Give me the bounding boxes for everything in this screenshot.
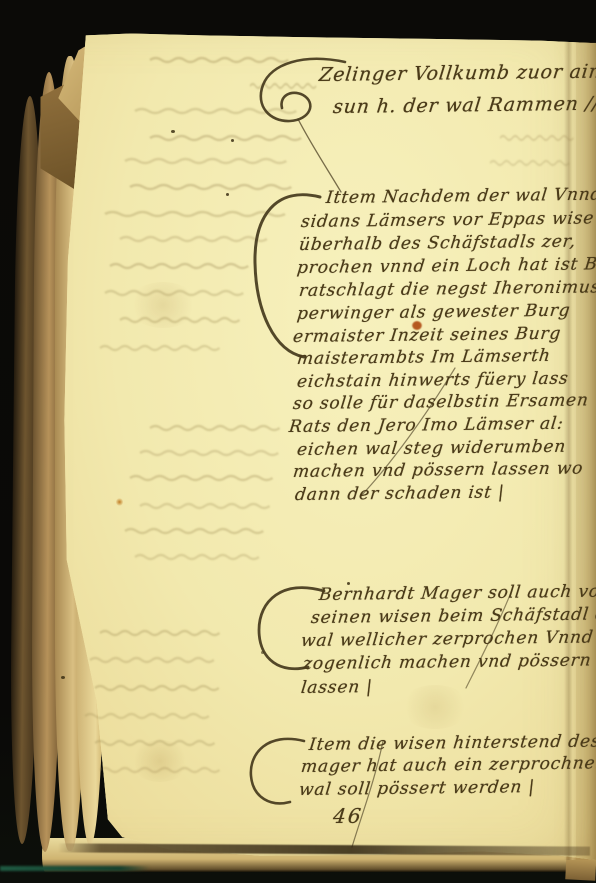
manuscript-line: wal wellicher zerprochen Vnnd bbox=[300, 627, 595, 651]
manuscript-line: Bernhardt Mager soll auch vor bbox=[318, 581, 596, 605]
ink-speck bbox=[231, 139, 234, 142]
rust-speck bbox=[116, 498, 123, 506]
initial-flourish-p3 bbox=[251, 739, 304, 803]
manuscript-line: prochen vnnd ein Loch hat ist Be: bbox=[296, 254, 596, 278]
manuscript-line: überhalb des Schäfstadls zer, bbox=[298, 232, 577, 255]
manuscript-line: ermaister Inzeit seines Burg bbox=[292, 324, 562, 347]
manuscript-header-line: Zelinger Vollkumb zuor ainem bbox=[318, 60, 596, 86]
ink-speck bbox=[261, 651, 264, 654]
manuscript-line: mager hat auch ein zerprochnen bbox=[300, 753, 596, 777]
manuscript-line: Item die wisen hinterstend des bbox=[308, 731, 596, 755]
page-number: 46 bbox=[332, 804, 364, 828]
ink-speck bbox=[226, 193, 229, 196]
ink-speck bbox=[347, 582, 350, 585]
photo-backdrop: Zelinger Vollkumb zuor ainem sun h. der … bbox=[0, 0, 596, 883]
manuscript-header-line: sun h. der wal Rammen // bbox=[332, 93, 596, 118]
manuscript-line: lassen | bbox=[300, 677, 374, 698]
manuscript-line: so solle für daselbstin Ersamen bbox=[292, 390, 590, 414]
manuscript-line: perwinger als gewester Burg bbox=[296, 301, 572, 324]
ink-speck bbox=[61, 676, 65, 679]
manuscript-line: machen vnd pössern lassen wo bbox=[292, 458, 584, 482]
manuscript-line: eichen wal steg widerumben bbox=[296, 437, 567, 460]
manuscript-line: Ittem Nachdem der wal Vnndt bbox=[325, 185, 596, 208]
manuscript-line: Rats den Jero Imo Lämser al: bbox=[288, 414, 565, 437]
foxing-stain bbox=[128, 282, 198, 328]
manuscript-line: seinen wisen beim Schäfstadl den bbox=[310, 604, 596, 628]
manuscript-line: maisterambts Im Lämserth bbox=[296, 346, 552, 369]
manuscript-line: dann der schaden ist | bbox=[294, 482, 506, 505]
wax-stain bbox=[412, 321, 422, 330]
manuscript-line: zogenlich machen vnd pössern bbox=[302, 650, 593, 674]
manuscript-line: wal soll pössert werden | bbox=[298, 777, 536, 800]
manuscript-line: sidans Lämsers vor Eppas wise bbox=[300, 208, 595, 232]
foxing-stain bbox=[130, 740, 190, 782]
foxing-stain bbox=[400, 685, 470, 729]
manuscript-line: eichstain hinwerts füery lass bbox=[296, 369, 570, 392]
manuscript-line: ratschlagt die negst Iheronimus bbox=[298, 277, 596, 301]
ink-speck bbox=[171, 130, 175, 133]
